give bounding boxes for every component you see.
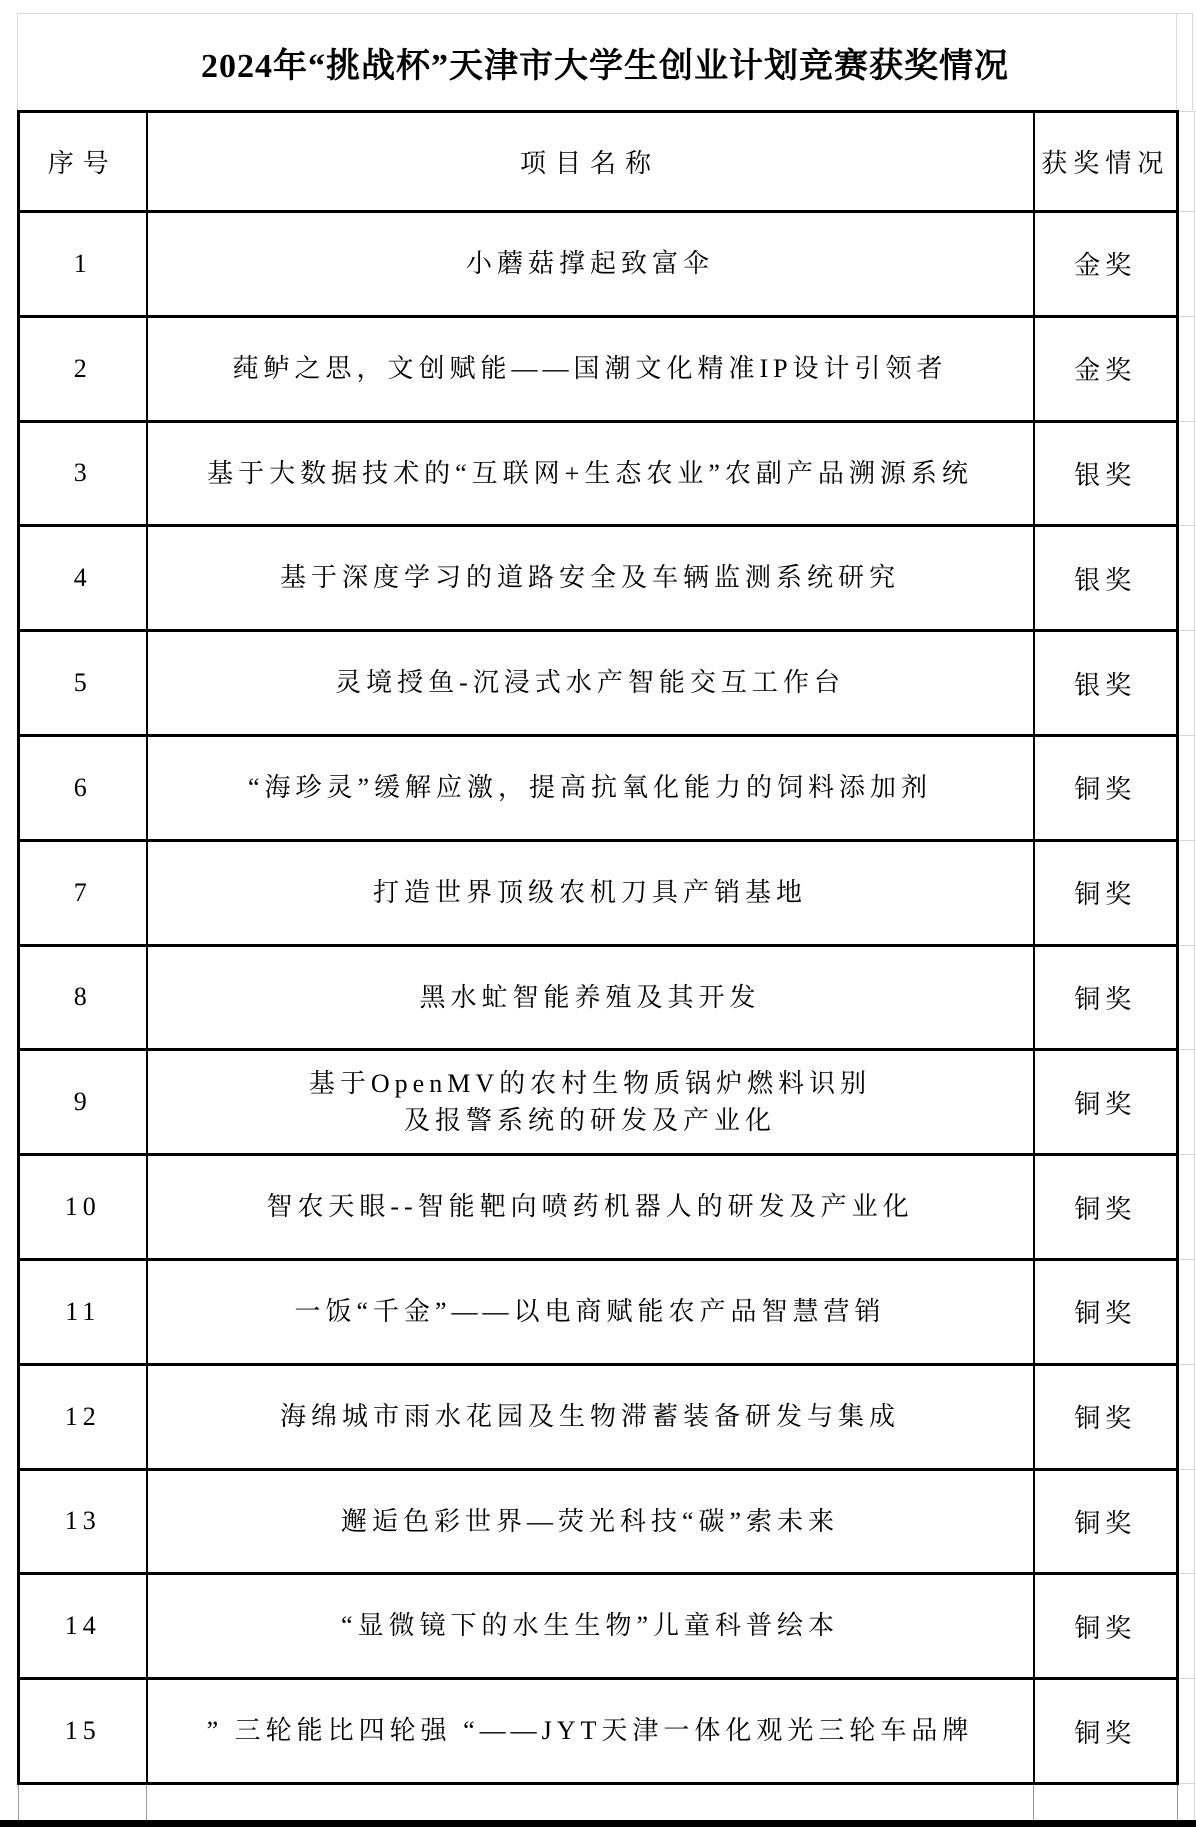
award-level: 金奖: [1034, 212, 1178, 317]
row-no: 10: [19, 1155, 147, 1260]
partial-column-cell: [1178, 631, 1195, 736]
project-name: 莼鲈之思，文创赋能——国潮文化精准IP设计引领者: [147, 316, 1034, 421]
row-no: 11: [19, 1259, 147, 1364]
partial-column-cell: [1178, 1050, 1195, 1155]
table-row: 13 邂逅色彩世界—荧光科技“碳”索未来 铜奖: [19, 1469, 1195, 1574]
project-name: 海绵城市雨水花园及生物滞蓄装备研发与集成: [147, 1364, 1034, 1469]
table-row: 6 “海珍灵”缓解应激，提高抗氧化能力的饲料添加剂 铜奖: [19, 735, 1195, 840]
award-level: 铜奖: [1034, 945, 1178, 1050]
gridline-vertical: [1176, 13, 1177, 110]
partial-column-cell: [1178, 316, 1195, 421]
project-name: 智农天眼--智能靶向喷药机器人的研发及产业化: [147, 1155, 1034, 1260]
table-row: 11 一饭“千金”——以电商赋能农产品智慧营销 铜奖: [19, 1259, 1195, 1364]
row-no: 1: [19, 212, 147, 317]
project-name: 小蘑菇撑起致富伞: [147, 212, 1034, 317]
partial-column-cell: [1178, 526, 1195, 631]
col-header-award: 获奖情况: [1034, 112, 1178, 212]
project-name: 灵境授鱼-沉浸式水产智能交互工作台: [147, 631, 1034, 736]
table-row: 15 ” 三轮能比四轮强 “——JYT天津一体化观光三轮车品牌 铜奖: [19, 1679, 1195, 1784]
award-level: 铜奖: [1034, 1469, 1178, 1574]
partial-column-cell: [1178, 840, 1195, 945]
award-level: 铜奖: [1034, 735, 1178, 840]
award-table: 序号 项目名称 获奖情况 1 小蘑菇撑起致富伞 金奖 2 莼鲈之思，文创赋能——…: [17, 110, 1195, 1821]
award-level: 金奖: [1034, 316, 1178, 421]
header-row: 序号 项目名称 获奖情况: [19, 112, 1195, 212]
partial-column-cell: [1178, 1259, 1195, 1364]
project-name: 基于大数据技术的“互联网+生态农业”农副产品溯源系统: [147, 421, 1034, 526]
award-level: 铜奖: [1034, 1050, 1178, 1155]
row-no: 14: [19, 1574, 147, 1679]
table-row: 2 莼鲈之思，文创赋能——国潮文化精准IP设计引领者 金奖: [19, 316, 1195, 421]
table-row: 7 打造世界顶级农机刀具产销基地 铜奖: [19, 840, 1195, 945]
row-no: 13: [19, 1469, 147, 1574]
table-row: 5 灵境授鱼-沉浸式水产智能交互工作台 银奖: [19, 631, 1195, 736]
table-row: 12 海绵城市雨水花园及生物滞蓄装备研发与集成 铜奖: [19, 1364, 1195, 1469]
award-level: 铜奖: [1034, 1574, 1178, 1679]
screenshot-bottom-edge: [0, 1820, 1196, 1827]
award-level: 银奖: [1034, 526, 1178, 631]
project-name: “显微镜下的水生生物”儿童科普绘本: [147, 1574, 1034, 1679]
partial-row-cell: [147, 1783, 1034, 1821]
partial-column-cell: [1178, 212, 1195, 317]
row-no: 8: [19, 945, 147, 1050]
partial-column-cell: [1178, 1155, 1195, 1260]
table-row: 8 黑水虻智能养殖及其开发 铜奖: [19, 945, 1195, 1050]
partial-column-cell: [1178, 735, 1195, 840]
partial-column-cell: [1178, 112, 1195, 212]
col-header-name: 项目名称: [147, 112, 1034, 212]
project-name: “海珍灵”缓解应激，提高抗氧化能力的饲料添加剂: [147, 735, 1034, 840]
project-name: 一饭“千金”——以电商赋能农产品智慧营销: [147, 1259, 1034, 1364]
row-no: 2: [19, 316, 147, 421]
partial-row-cell: [1034, 1783, 1178, 1821]
partial-column-cell: [1178, 1469, 1195, 1574]
row-no: 9: [19, 1050, 147, 1155]
spreadsheet-screenshot: 2024年“挑战杯”天津市大学生创业计划竞赛获奖情况 序号 项目名称 获奖情况 …: [0, 0, 1196, 1827]
partial-column-cell: [1178, 1574, 1195, 1679]
award-level: 铜奖: [1034, 1155, 1178, 1260]
project-name: 邂逅色彩世界—荧光科技“碳”索未来: [147, 1469, 1034, 1574]
table-row: 4 基于深度学习的道路安全及车辆监测系统研究 银奖: [19, 526, 1195, 631]
partial-column-cell: [1178, 1783, 1195, 1821]
table-row: 3 基于大数据技术的“互联网+生态农业”农副产品溯源系统 银奖: [19, 421, 1195, 526]
project-name: 基于深度学习的道路安全及车辆监测系统研究: [147, 526, 1034, 631]
partial-column-cell: [1178, 945, 1195, 1050]
table-row: 14 “显微镜下的水生生物”儿童科普绘本 铜奖: [19, 1574, 1195, 1679]
award-level: 铜奖: [1034, 1364, 1178, 1469]
project-name: 基于OpenMV的农村生物质锅炉燃料识别 及报警系统的研发及产业化: [147, 1050, 1034, 1155]
award-level: 铜奖: [1034, 1259, 1178, 1364]
partial-column-cell: [1178, 421, 1195, 526]
partial-column-cell: [1178, 1364, 1195, 1469]
row-no: 7: [19, 840, 147, 945]
row-no: 12: [19, 1364, 147, 1469]
row-no: 6: [19, 735, 147, 840]
partial-row-cell: [19, 1783, 147, 1821]
partial-column-cell: [1178, 1679, 1195, 1784]
table-row: 9 基于OpenMV的农村生物质锅炉燃料识别 及报警系统的研发及产业化 铜奖: [19, 1050, 1195, 1155]
table-row: 1 小蘑菇撑起致富伞 金奖: [19, 212, 1195, 317]
project-name: 打造世界顶级农机刀具产销基地: [147, 840, 1034, 945]
row-no: 15: [19, 1679, 147, 1784]
table-row: 10 智农天眼--智能靶向喷药机器人的研发及产业化 铜奖: [19, 1155, 1195, 1260]
project-name: ” 三轮能比四轮强 “——JYT天津一体化观光三轮车品牌: [147, 1679, 1034, 1784]
award-level: 银奖: [1034, 631, 1178, 736]
award-level: 铜奖: [1034, 840, 1178, 945]
award-level: 铜奖: [1034, 1679, 1178, 1784]
col-header-no: 序号: [19, 112, 147, 212]
page-title: 2024年“挑战杯”天津市大学生创业计划竞赛获奖情况: [17, 13, 1193, 110]
award-level: 银奖: [1034, 421, 1178, 526]
row-no: 4: [19, 526, 147, 631]
row-no: 5: [19, 631, 147, 736]
row-no: 3: [19, 421, 147, 526]
project-name: 黑水虻智能养殖及其开发: [147, 945, 1034, 1050]
partial-row: [19, 1783, 1195, 1821]
